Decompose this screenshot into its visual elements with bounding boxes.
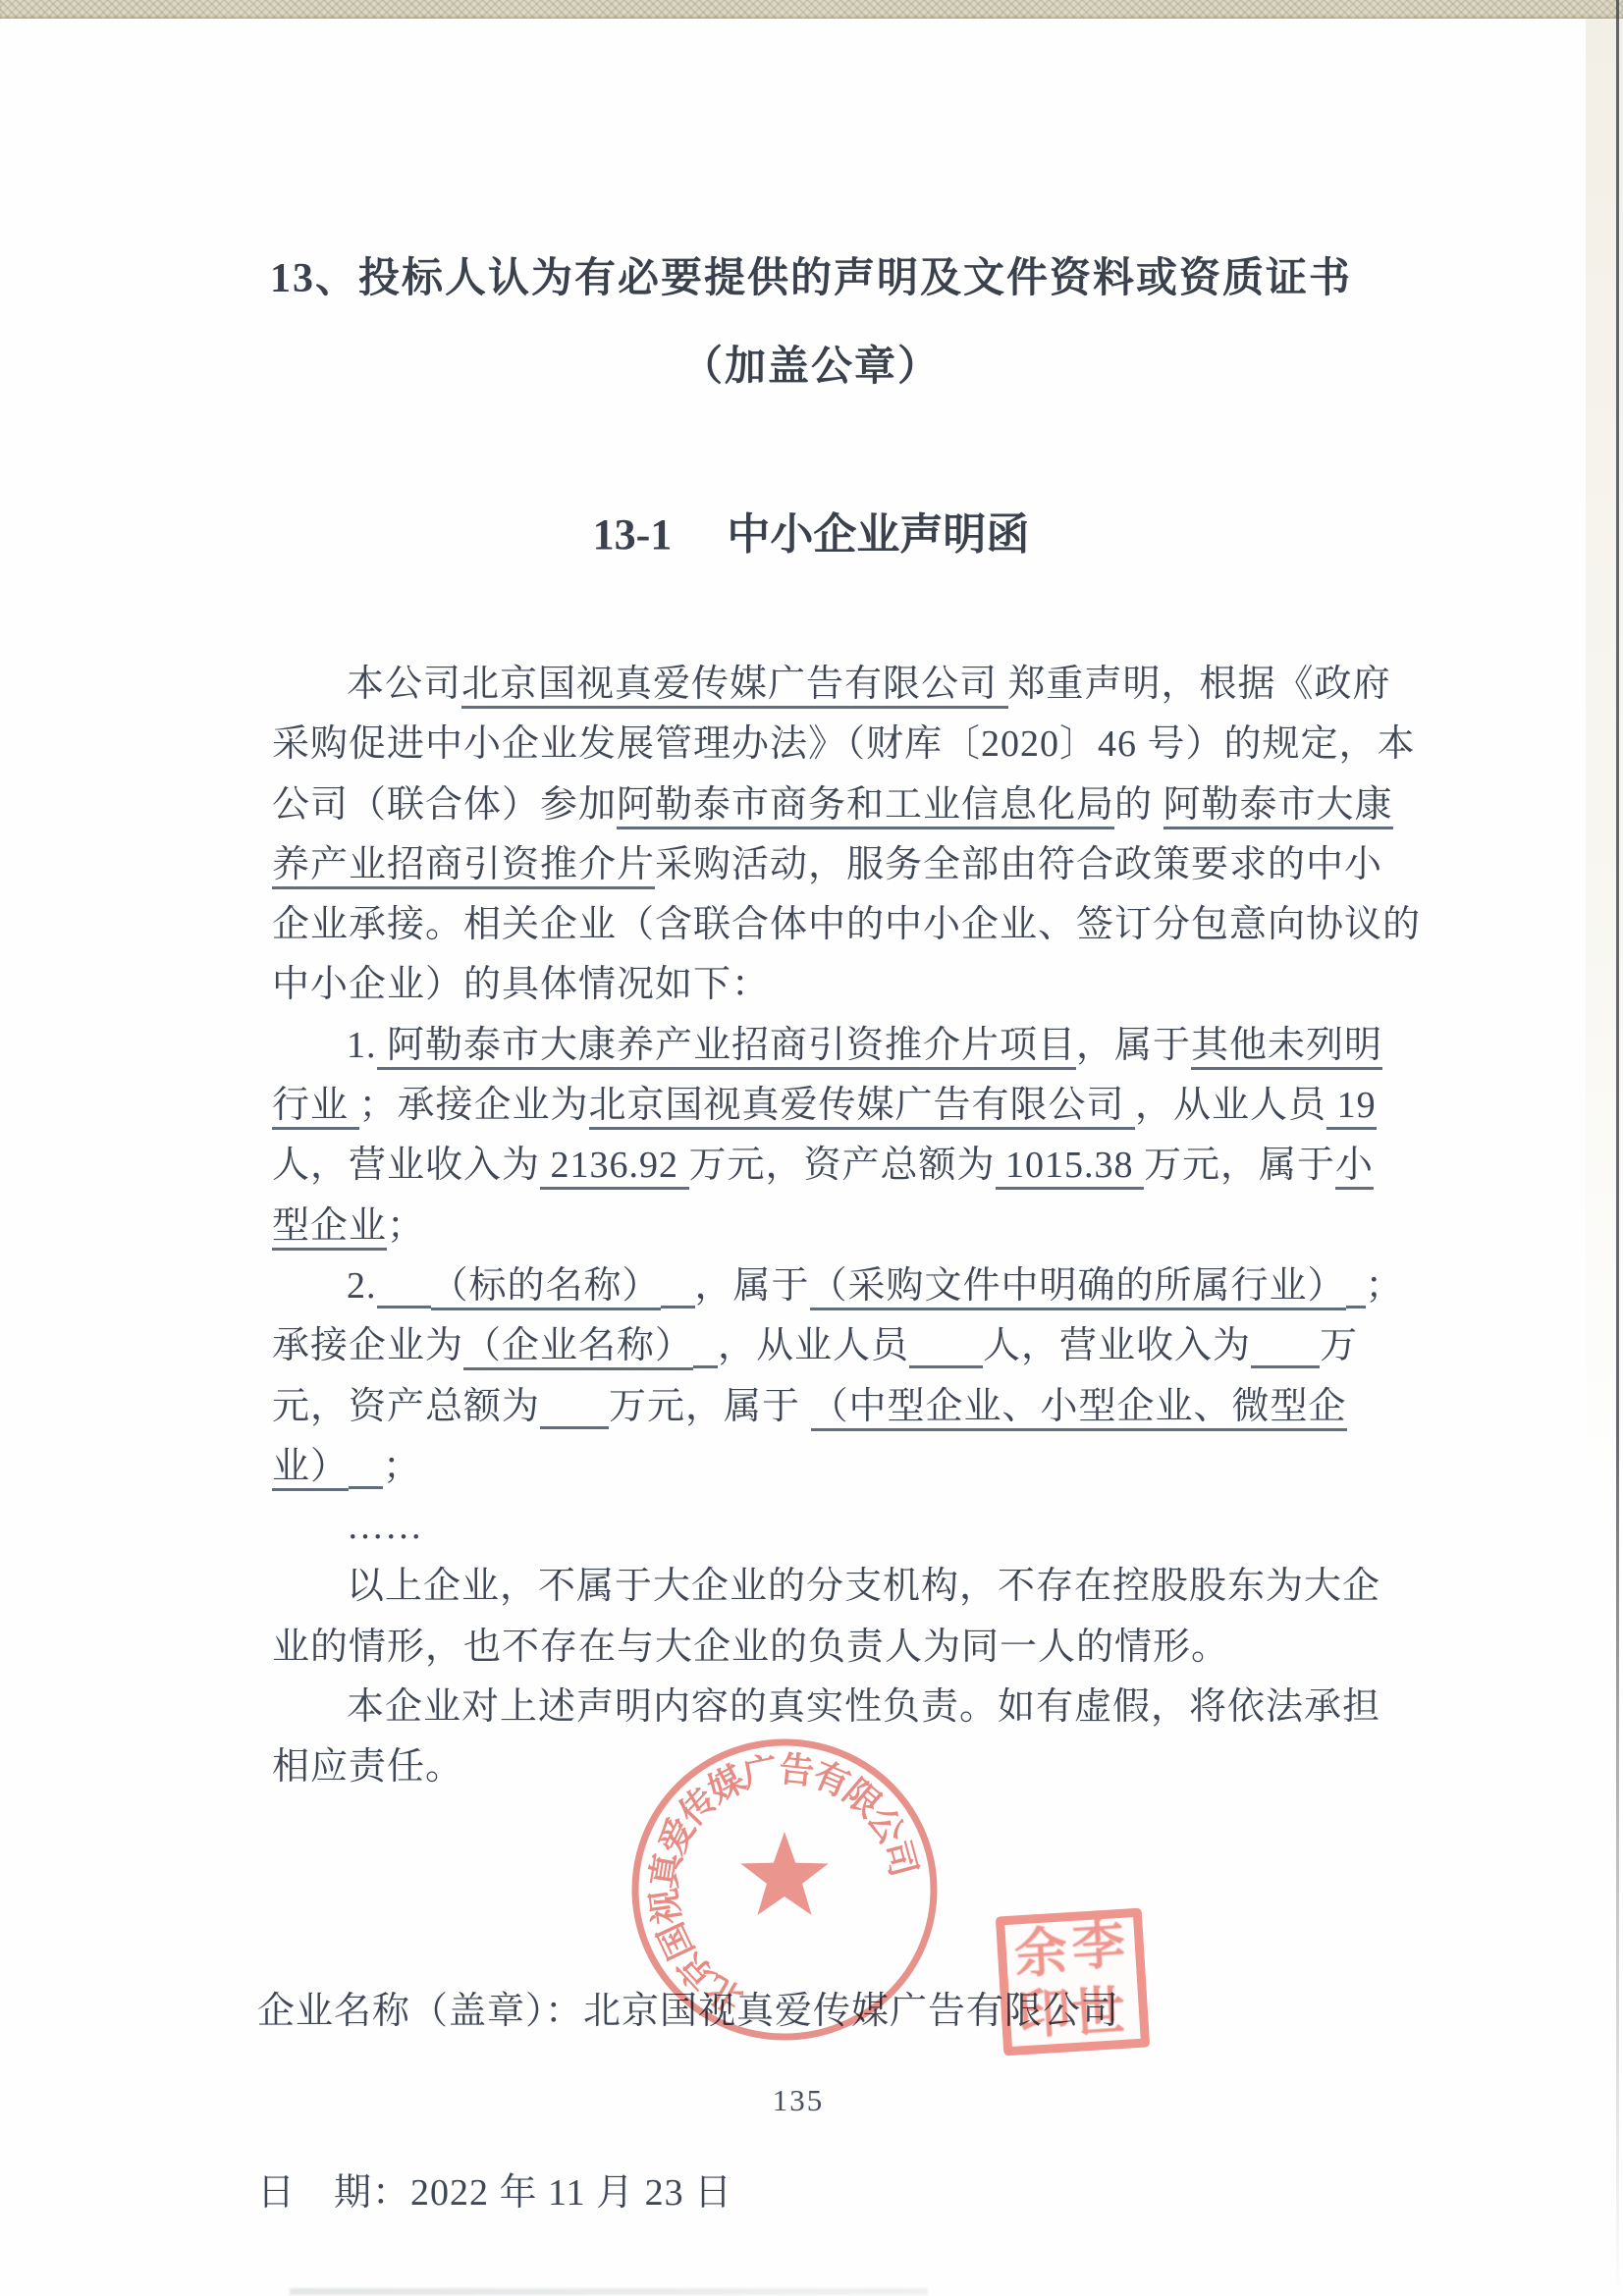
underlined-text: 北京国视真爱传媒广告有限公司 (589, 1085, 1136, 1130)
body-line: 企业承接。相关企业（含联合体中的中小企业、签订分包意向协议的 (272, 895, 1372, 955)
body-text: 的 (1114, 784, 1163, 826)
body-line: 本企业对上述声明内容的真实性负责。如有虚假，将依法承担 (272, 1678, 1372, 1737)
personal-seal-char: 余 (1013, 1925, 1069, 1981)
body-text: 万元，资产总额为 (689, 1145, 996, 1186)
personal-seal-char: 世 (1070, 1985, 1126, 2041)
underlined-text: 北京国视真爱传媒广告有限公司 (461, 664, 1008, 709)
section-heading: 13-1中小企业声明函 (128, 499, 1494, 561)
body-line: 业的情形，也不存在与大企业的负责人为同一人的情形。 (272, 1618, 1372, 1678)
fill-in-blank (909, 1328, 983, 1368)
fill-in-blank (377, 1268, 431, 1308)
underlined-text: 阿勒泰市大康养产业招商引资推介片项目 (377, 1025, 1077, 1070)
body-text: ，从业人员 (718, 1325, 909, 1366)
body-line: 元，资产总额为万元，属于 （中型企业、小型企业、微型企 (272, 1377, 1372, 1437)
underlined-text: （中型企业、小型企业、微型企 (811, 1386, 1347, 1431)
body-text: 以上企业，不属于大企业的分支机构，不存在控股股东为大企 (347, 1566, 1380, 1607)
underlined-text: 阿勒泰市商务和工业信息化局 (617, 784, 1114, 829)
body-text: 1. (347, 1025, 377, 1066)
body-text: ，属于 (695, 1265, 810, 1307)
personal-seal-char: 李 (1070, 1918, 1126, 1974)
body-text: 中小企业）的具体情况如下： (272, 964, 770, 1005)
date-line: 日 期：2022 年 11 月 23 日 (257, 2163, 1435, 2222)
body-line: 以上企业，不属于大企业的分支机构，不存在控股股东为大企 (272, 1557, 1372, 1617)
body-text: ； (1366, 1265, 1404, 1307)
body-text: 万元，属于 (1144, 1145, 1335, 1186)
body-text: 万 (1320, 1325, 1358, 1366)
fill-in-blank (1251, 1328, 1320, 1368)
body-text: 万元，属于 (609, 1386, 811, 1427)
body-text: ； (387, 1205, 425, 1247)
body-line: 型企业； (272, 1197, 1372, 1256)
body-text: 采购活动，服务全部由符合政策要求的中小 (655, 844, 1382, 885)
body-lines: 本公司北京国视真爱传媒广告有限公司 郑重声明，根据《政府采购促进中小企业发展管理… (272, 655, 1372, 1798)
underlined-text: 其他未列明 (1191, 1025, 1382, 1070)
body-text: 人，营业收入为 (983, 1325, 1251, 1366)
seal-ring-char: 广 (739, 1749, 782, 1794)
body-text: ； (383, 1446, 421, 1487)
underlined-text: 养产业招商引资推介片 (272, 844, 655, 889)
body-text: 采购促进中小企业发展管理办法》（财库〔2020〕46 号）的规定，本 (272, 723, 1416, 765)
body-text: …… (347, 1506, 423, 1547)
body-text: 2. (347, 1265, 377, 1307)
underlined-text: 小 (1335, 1145, 1374, 1190)
body-text: 本企业对上述声明内容的真实性负责。如有虚假，将依法承担 (347, 1686, 1380, 1728)
fill-in-blank (349, 1449, 383, 1489)
page-number: 135 (720, 2083, 877, 2118)
body-text: ，属于 (1076, 1025, 1191, 1066)
underlined-text: 型企业 (272, 1205, 387, 1251)
seal-star-icon (740, 1832, 828, 1915)
section-title: 中小企业声明函 (727, 510, 1029, 559)
body-text: 业的情形，也不存在与大企业的负责人为同一人的情形。 (272, 1627, 1229, 1668)
body-text: 郑重声明，根据《政府 (1008, 664, 1391, 705)
fill-in-blank (693, 1328, 718, 1368)
body-text: 元，资产总额为 (272, 1386, 540, 1427)
body-line: 2.（标的名称），属于（采购文件中明确的所属行业）； (272, 1256, 1372, 1316)
body-line: 承接企业为（企业名称），从业人员人，营业收入为万 (272, 1316, 1372, 1376)
fill-in-blank (540, 1389, 609, 1429)
scan-edge-bottom (290, 2288, 928, 2295)
body-text: 企业承接。相关企业（含联合体中的中小企业、签订分包意向协议的 (272, 904, 1421, 945)
body-text: 人，营业收入为 (272, 1145, 540, 1186)
seal-ring-char: 视 (644, 1886, 688, 1927)
body-line: 采购促进中小企业发展管理办法》（财库〔2020〕46 号）的规定，本 (272, 715, 1372, 774)
scanned-document-page: { "page": { "title_line1": "13、投标人认为有必要提… (0, 0, 1623, 2296)
body-line: 养产业招商引资推介片采购活动，服务全部由符合政策要求的中小 (272, 835, 1372, 895)
underlined-text: （采购文件中明确的所属行业） (810, 1265, 1346, 1310)
binding-edge-top (0, 0, 1623, 19)
document-title: 13、投标人认为有必要提供的声明及文件资料或资质证书 (128, 245, 1494, 304)
underlined-text: 19 (1326, 1085, 1377, 1130)
body-line: 人，营业收入为 2136.92 万元，资产总额为 1015.38 万元，属于小 (272, 1136, 1372, 1196)
body-line: 中小企业）的具体情况如下： (272, 955, 1372, 1015)
scan-edge-line (1616, 0, 1619, 2296)
underlined-text: 阿勒泰市大康 (1163, 784, 1393, 829)
section-number: 13-1 (593, 510, 673, 559)
body-text: 相应责任。 (272, 1746, 463, 1788)
fill-in-blank (661, 1268, 695, 1308)
personal-seal-char: 印 (1016, 1986, 1072, 2042)
underlined-text: （企业名称） (463, 1325, 693, 1370)
underlined-text: 行业 (272, 1085, 359, 1130)
body-line: 行业 ；承接企业为北京国视真爱传媒广告有限公司 ，从业人员 19 (272, 1076, 1372, 1136)
company-seal-stamp: 北京国视真爱传媒广告有限公司 (623, 1733, 947, 2051)
underlined-text: 1015.38 (996, 1145, 1145, 1190)
underlined-text: （标的名称） (431, 1265, 661, 1310)
body-text: ；承接企业为 (359, 1085, 589, 1126)
body-line: 1. 阿勒泰市大康养产业招商引资推介片项目，属于其他未列明 (272, 1016, 1372, 1076)
body-line: …… (272, 1497, 1372, 1557)
document-title-subline: （加盖公章） (128, 334, 1494, 393)
underlined-text: 2136.92 (540, 1145, 689, 1190)
body-line: 业）； (272, 1437, 1372, 1497)
personal-seal-stamp: 余李印世 (996, 1908, 1150, 2056)
body-text: ，从业人员 (1135, 1085, 1326, 1126)
body-line: 公司（联合体）参加阿勒泰市商务和工业信息化局的 阿勒泰市大康 (272, 775, 1372, 835)
fill-in-blank (1346, 1268, 1366, 1308)
body-text: 本公司 (347, 664, 461, 705)
body-text: 公司（联合体）参加 (272, 784, 617, 826)
body-text: 承接企业为 (272, 1325, 463, 1366)
body-line: 本公司北京国视真爱传媒广告有限公司 郑重声明，根据《政府 (272, 655, 1372, 715)
underlined-text: 业） (272, 1446, 349, 1491)
